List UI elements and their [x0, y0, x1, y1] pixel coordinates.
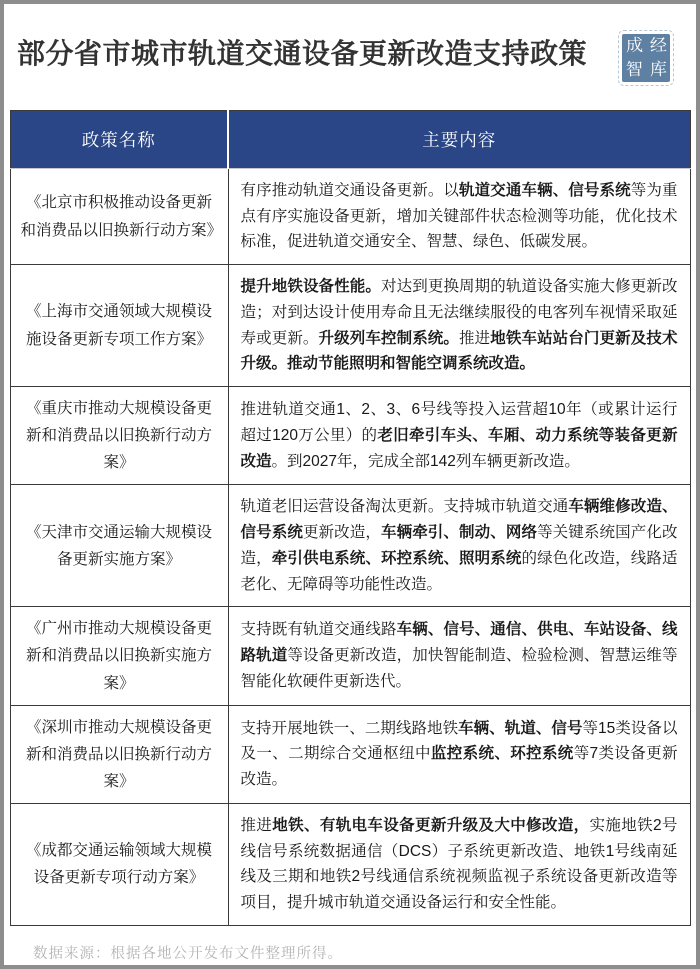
page-title: 部分省市城市轨道交通设备更新改造支持政策 — [17, 38, 587, 70]
policy-name-cell: 《成都交通运输领域大规模设备更新专项行动方案》 — [10, 804, 228, 926]
title-bar: 部分省市城市轨道交通设备更新改造支持政策 成 经 智 库 — [4, 4, 696, 110]
table-row: 《天津市交通运输大规模设备更新实施方案》轨道老旧运营设备淘汰更新。支持城市轨道交… — [10, 485, 690, 607]
data-source-note: 数据来源：根据各地公开发布文件整理所得。 — [4, 926, 696, 963]
content-segment: 推进 — [459, 330, 490, 347]
table-row: 《广州市推动大规模设备更新和消费品以旧换新实施方案》支持既有轨道交通线路车辆、信… — [10, 607, 690, 705]
policy-content-cell: 提升地铁设备性能。对达到更换周期的轨道设备实施大修更新改造；对到达设计使用寿命且… — [228, 265, 690, 387]
table-row: 《成都交通运输领域大规模设备更新专项行动方案》推进地铁、有轨电车设备更新升级及大… — [10, 804, 690, 926]
column-header-policy-name: 政策名称 — [10, 111, 228, 169]
content-bold-segment: 监控系统、环控系统 — [431, 745, 574, 762]
policy-content-cell: 有序推动轨道交通设备更新。以轨道交通车辆、信号系统等为重点有序实施设备更新，增加… — [228, 169, 690, 265]
policy-table: 政策名称 主要内容 《北京市积极推动设备更新和消费品以旧换新行动方案》有序推动轨… — [10, 110, 691, 926]
content-segment: 支持既有轨道交通线路 — [241, 621, 397, 638]
table-row: 《重庆市推动大规模设备更新和消费品以旧换新行动方案》推进轨道交通1、2、3、6号… — [10, 387, 690, 485]
infographic-frame: 部分省市城市轨道交通设备更新改造支持政策 成 经 智 库 政策名称 主要内容 《… — [0, 0, 700, 969]
policy-content-cell: 推进轨道交通1、2、3、6号线等投入运营超10年（或累计运行超过120万公里）的… — [228, 387, 690, 485]
policy-name-cell: 《天津市交通运输大规模设备更新实施方案》 — [10, 485, 228, 607]
policy-name-cell: 《重庆市推动大规模设备更新和消费品以旧换新行动方案》 — [10, 387, 228, 485]
policy-name-cell: 《上海市交通领域大规模设施设备更新专项工作方案》 — [10, 265, 228, 387]
chengjing-zhiku-logo-stamp-icon: 成 经 智 库 — [622, 34, 670, 82]
policy-name-cell: 《广州市推动大规模设备更新和消费品以旧换新实施方案》 — [10, 607, 228, 705]
content-bold-segment: 升级列车控制系统。 — [319, 330, 459, 347]
content-bold-segment: 车辆、轨道、信号 — [458, 720, 582, 737]
content-segment: 更新改造， — [303, 524, 381, 541]
logo-char: 成 — [625, 37, 643, 55]
content-segment: 轨道老旧运营设备淘汰更新。支持城市轨道交通 — [241, 498, 569, 515]
policy-name-cell: 《北京市积极推动设备更新和消费品以旧换新行动方案》 — [10, 169, 228, 265]
content-bold-segment: 轨道交通车辆、信号系统 — [459, 182, 631, 199]
policy-content-cell: 推进地铁、有轨电车设备更新升级及大中修改造，实施地铁2号线信号系统数据通信（DC… — [228, 804, 690, 926]
content-segment: 有序推动轨道交通设备更新。以 — [241, 182, 460, 199]
logo-char: 智 — [625, 61, 643, 79]
logo-char: 库 — [649, 61, 667, 79]
table-body: 《北京市积极推动设备更新和消费品以旧换新行动方案》有序推动轨道交通设备更新。以轨… — [10, 169, 690, 926]
table-row: 《深圳市推动大规模设备更新和消费品以旧换新行动方案》支持开展地铁一、二期线路地铁… — [10, 705, 690, 803]
content-bold-segment: 车辆牵引、制动、网络 — [381, 524, 537, 541]
table-row: 《北京市积极推动设备更新和消费品以旧换新行动方案》有序推动轨道交通设备更新。以轨… — [10, 169, 690, 265]
policy-content-cell: 支持既有轨道交通线路车辆、信号、通信、供电、车站设备、线路轨道等设备更新改造，加… — [228, 607, 690, 705]
content-segment: 支持开展地铁一、二期线路地铁 — [241, 720, 459, 737]
content-segment: 。到2027年，完成全部142列车辆更新改造。 — [272, 453, 580, 470]
policy-content-cell: 轨道老旧运营设备淘汰更新。支持城市轨道交通车辆维修改造、信号系统更新改造，车辆牵… — [228, 485, 690, 607]
content-bold-segment: 提升地铁设备性能。 — [241, 278, 382, 295]
content-bold-segment: 牵引供电系统、环控系统、照明系统 — [272, 550, 522, 567]
policy-name-cell: 《深圳市推动大规模设备更新和消费品以旧换新行动方案》 — [10, 705, 228, 803]
logo-char: 经 — [649, 37, 667, 55]
policy-content-cell: 支持开展地铁一、二期线路地铁车辆、轨道、信号等15类设备以及一、二期综合交通枢纽… — [228, 705, 690, 803]
content-segment: 推进 — [241, 817, 273, 834]
content-segment: 等设备更新改造，加快智能制造、检验检测、智慧运维等智能化软硬件更新迭代。 — [241, 647, 678, 690]
table-row: 《上海市交通领域大规模设施设备更新专项工作方案》提升地铁设备性能。对达到更换周期… — [10, 265, 690, 387]
content-bold-segment: 地铁、有轨电车设备更新升级及大中修改造， — [272, 817, 589, 834]
column-header-main-content: 主要内容 — [228, 111, 690, 169]
table-header-row: 政策名称 主要内容 — [10, 111, 690, 169]
